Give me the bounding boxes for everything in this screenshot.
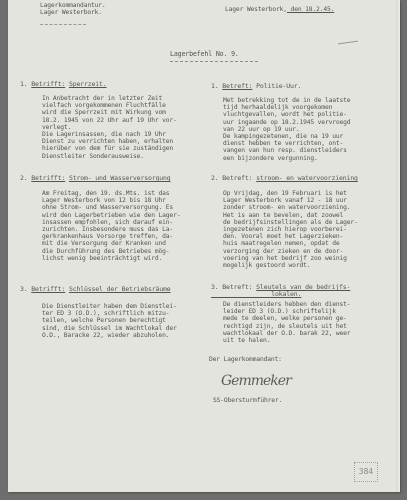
- page-edge: [396, 0, 400, 492]
- header-sender: Lagerkommandantur. Lager Westerbork.: [40, 2, 106, 16]
- section-de-3-body: Die Dienstleiter haben dem Dienstlei- te…: [42, 303, 177, 339]
- document-title: Lagerbefehl No. 9.: [170, 51, 239, 58]
- section-de-3-heading: 3. Betrifft: Schlüssel der Betriebsräume: [20, 286, 171, 293]
- section-nl-3-heading: 3. Betreft: Sleutels van de bedrijfs- lo…: [211, 284, 350, 298]
- section-de-1-body: In Anbetracht der in letzter Zeit vielfa…: [42, 95, 177, 160]
- document-page: Lagerkommandantur. Lager Westerbork. Lag…: [8, 0, 400, 492]
- section-de-2-body: Am Freitag, den 19. ds.Mts. ist das Lage…: [42, 190, 180, 262]
- header-place: Lager Westerbork,: [225, 6, 287, 13]
- header-sender-line-2: Lager Westerbork.: [40, 9, 102, 16]
- section-nl-2-body: Op Vrijdag, den 19 Februari is het Lager…: [223, 190, 358, 269]
- section-nl-2-heading: 2. Betreft: stroom- en watervoorziening: [211, 175, 358, 182]
- header-date: den 18.2.45.: [287, 6, 334, 13]
- section-nl-3-body: De dienstleiders hebben den dienst- leid…: [223, 301, 350, 344]
- section-de-1-heading: 1. Betrifft: Sperrzeit.: [20, 81, 107, 88]
- title-rule: [170, 61, 258, 62]
- pencil-mark: [338, 41, 358, 45]
- section-nl-1-heading: 1. Betreft: Politie-Uur.: [211, 83, 301, 90]
- header-rule: [40, 24, 86, 25]
- section-nl-1-body: Met betrekking tot de in de laatste tijd…: [223, 97, 350, 162]
- header-sender-line-1: Lagerkommandantur.: [40, 2, 106, 9]
- closing-salutation: Der Lagerkommandant:: [209, 356, 282, 363]
- closing-rank: SS-Obersturmführer.: [213, 397, 282, 404]
- archive-stamp: 384: [354, 462, 378, 482]
- section-de-2-heading: 2. Betrifft: Strom- und Wasserversorgung: [20, 175, 171, 182]
- header-place-date: Lager Westerbork, den 18.2.45.: [225, 6, 334, 13]
- handwritten-signature: Gemmeker: [221, 373, 291, 389]
